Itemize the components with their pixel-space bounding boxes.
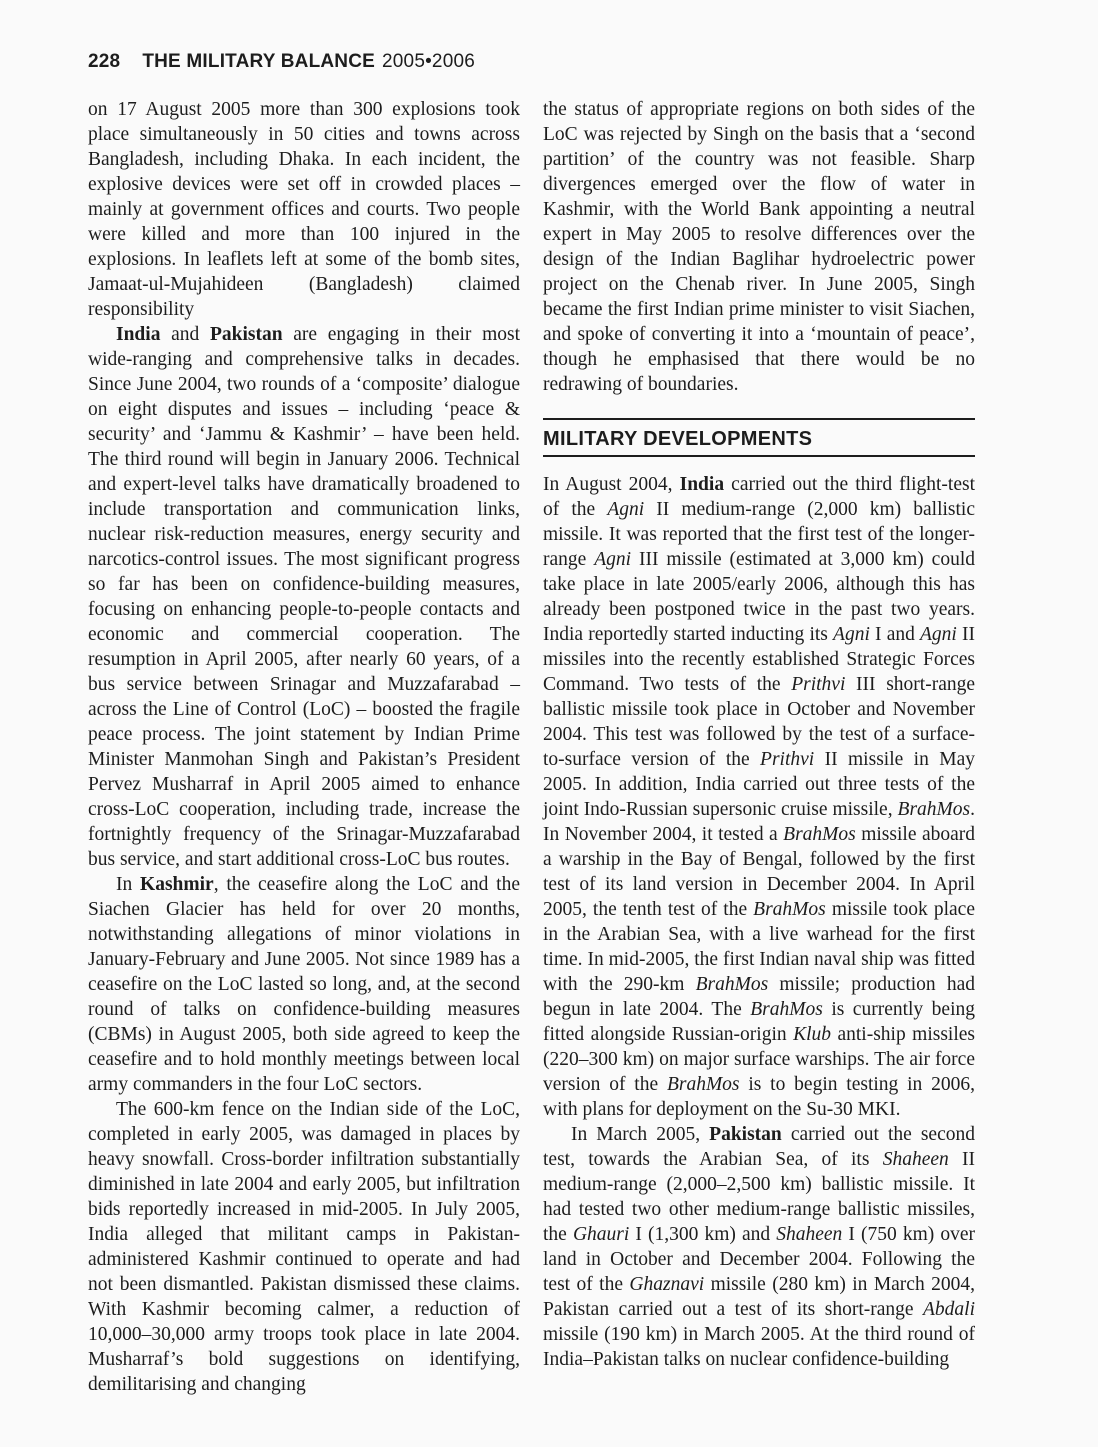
text-run: The 600-km fence on the Indian side of t… bbox=[88, 1099, 520, 1395]
two-column-layout: on 17 August 2005 more than 300 explosio… bbox=[88, 97, 975, 1397]
text-run: the status of appropriate regions on bot… bbox=[543, 99, 975, 395]
text-run: and bbox=[160, 324, 210, 345]
text-run: Klub bbox=[793, 1024, 831, 1045]
text-run: Shaheen bbox=[883, 1149, 949, 1170]
paragraph: The 600-km fence on the Indian side of t… bbox=[88, 1097, 520, 1397]
text-run: , the ceasefire along the LoC and the Si… bbox=[88, 874, 520, 1095]
page-number: 228 bbox=[88, 52, 120, 72]
text-run: missile (190 km) in March 2005. At the t… bbox=[543, 1324, 975, 1370]
page-title: THE MILITARY BALANCE bbox=[142, 52, 375, 72]
text-run: Kashmir bbox=[140, 874, 214, 895]
text-run: Agni bbox=[833, 624, 870, 645]
right-column: the status of appropriate regions on bot… bbox=[543, 97, 975, 1397]
text-run: Ghaznavi bbox=[629, 1274, 704, 1295]
text-run: Abdali bbox=[923, 1299, 975, 1320]
left-column: on 17 August 2005 more than 300 explosio… bbox=[88, 97, 520, 1397]
text-run: I (1,300 km) and bbox=[629, 1224, 776, 1245]
page-edition: 2005•2006 bbox=[382, 52, 475, 72]
text-run: In bbox=[116, 874, 140, 895]
paragraph: In March 2005, Pakistan carried out the … bbox=[543, 1122, 975, 1372]
text-run: Pakistan bbox=[210, 324, 283, 345]
text-run: are engaging in their most wide-ranging … bbox=[88, 324, 520, 870]
right-column-top: the status of appropriate regions on bot… bbox=[543, 97, 975, 397]
text-run: BrahMos bbox=[667, 1074, 740, 1095]
text-run: BrahMos bbox=[696, 974, 769, 995]
text-run: Pakistan bbox=[709, 1124, 782, 1145]
text-run: Ghauri bbox=[573, 1224, 629, 1245]
right-column-bottom: In August 2004, India carried out the th… bbox=[543, 472, 975, 1372]
text-run: Agni bbox=[920, 624, 957, 645]
section-heading: MILITARY DEVELOPMENTS bbox=[543, 418, 975, 457]
text-run: Agni bbox=[607, 499, 644, 520]
text-run: I and bbox=[870, 624, 920, 645]
text-run: BrahMos bbox=[750, 999, 823, 1020]
paragraph: In August 2004, India carried out the th… bbox=[543, 472, 975, 1122]
text-run: BrahMos bbox=[898, 799, 971, 820]
text-run: Shaheen bbox=[776, 1224, 842, 1245]
text-run: Prithvi bbox=[760, 749, 814, 770]
paragraph: the status of appropriate regions on bot… bbox=[543, 97, 975, 397]
text-run: Agni bbox=[594, 549, 631, 570]
document-page: 228THE MILITARY BALANCE2005•2006 on 17 A… bbox=[0, 0, 1098, 1447]
text-run: In March 2005, bbox=[571, 1124, 709, 1145]
text-run: India bbox=[680, 474, 724, 495]
text-run: In August 2004, bbox=[543, 474, 680, 495]
text-run: BrahMos bbox=[753, 899, 826, 920]
paragraph: In Kashmir, the ceasefire along the LoC … bbox=[88, 872, 520, 1097]
page-header: 228THE MILITARY BALANCE2005•2006 bbox=[88, 0, 1098, 72]
paragraph: on 17 August 2005 more than 300 explosio… bbox=[88, 97, 520, 322]
text-run: India bbox=[116, 324, 160, 345]
paragraph: India and Pakistan are engaging in their… bbox=[88, 322, 520, 872]
text-run: BrahMos bbox=[783, 824, 856, 845]
text-run: on 17 August 2005 more than 300 explosio… bbox=[88, 99, 520, 320]
text-run: Prithvi bbox=[791, 674, 845, 695]
